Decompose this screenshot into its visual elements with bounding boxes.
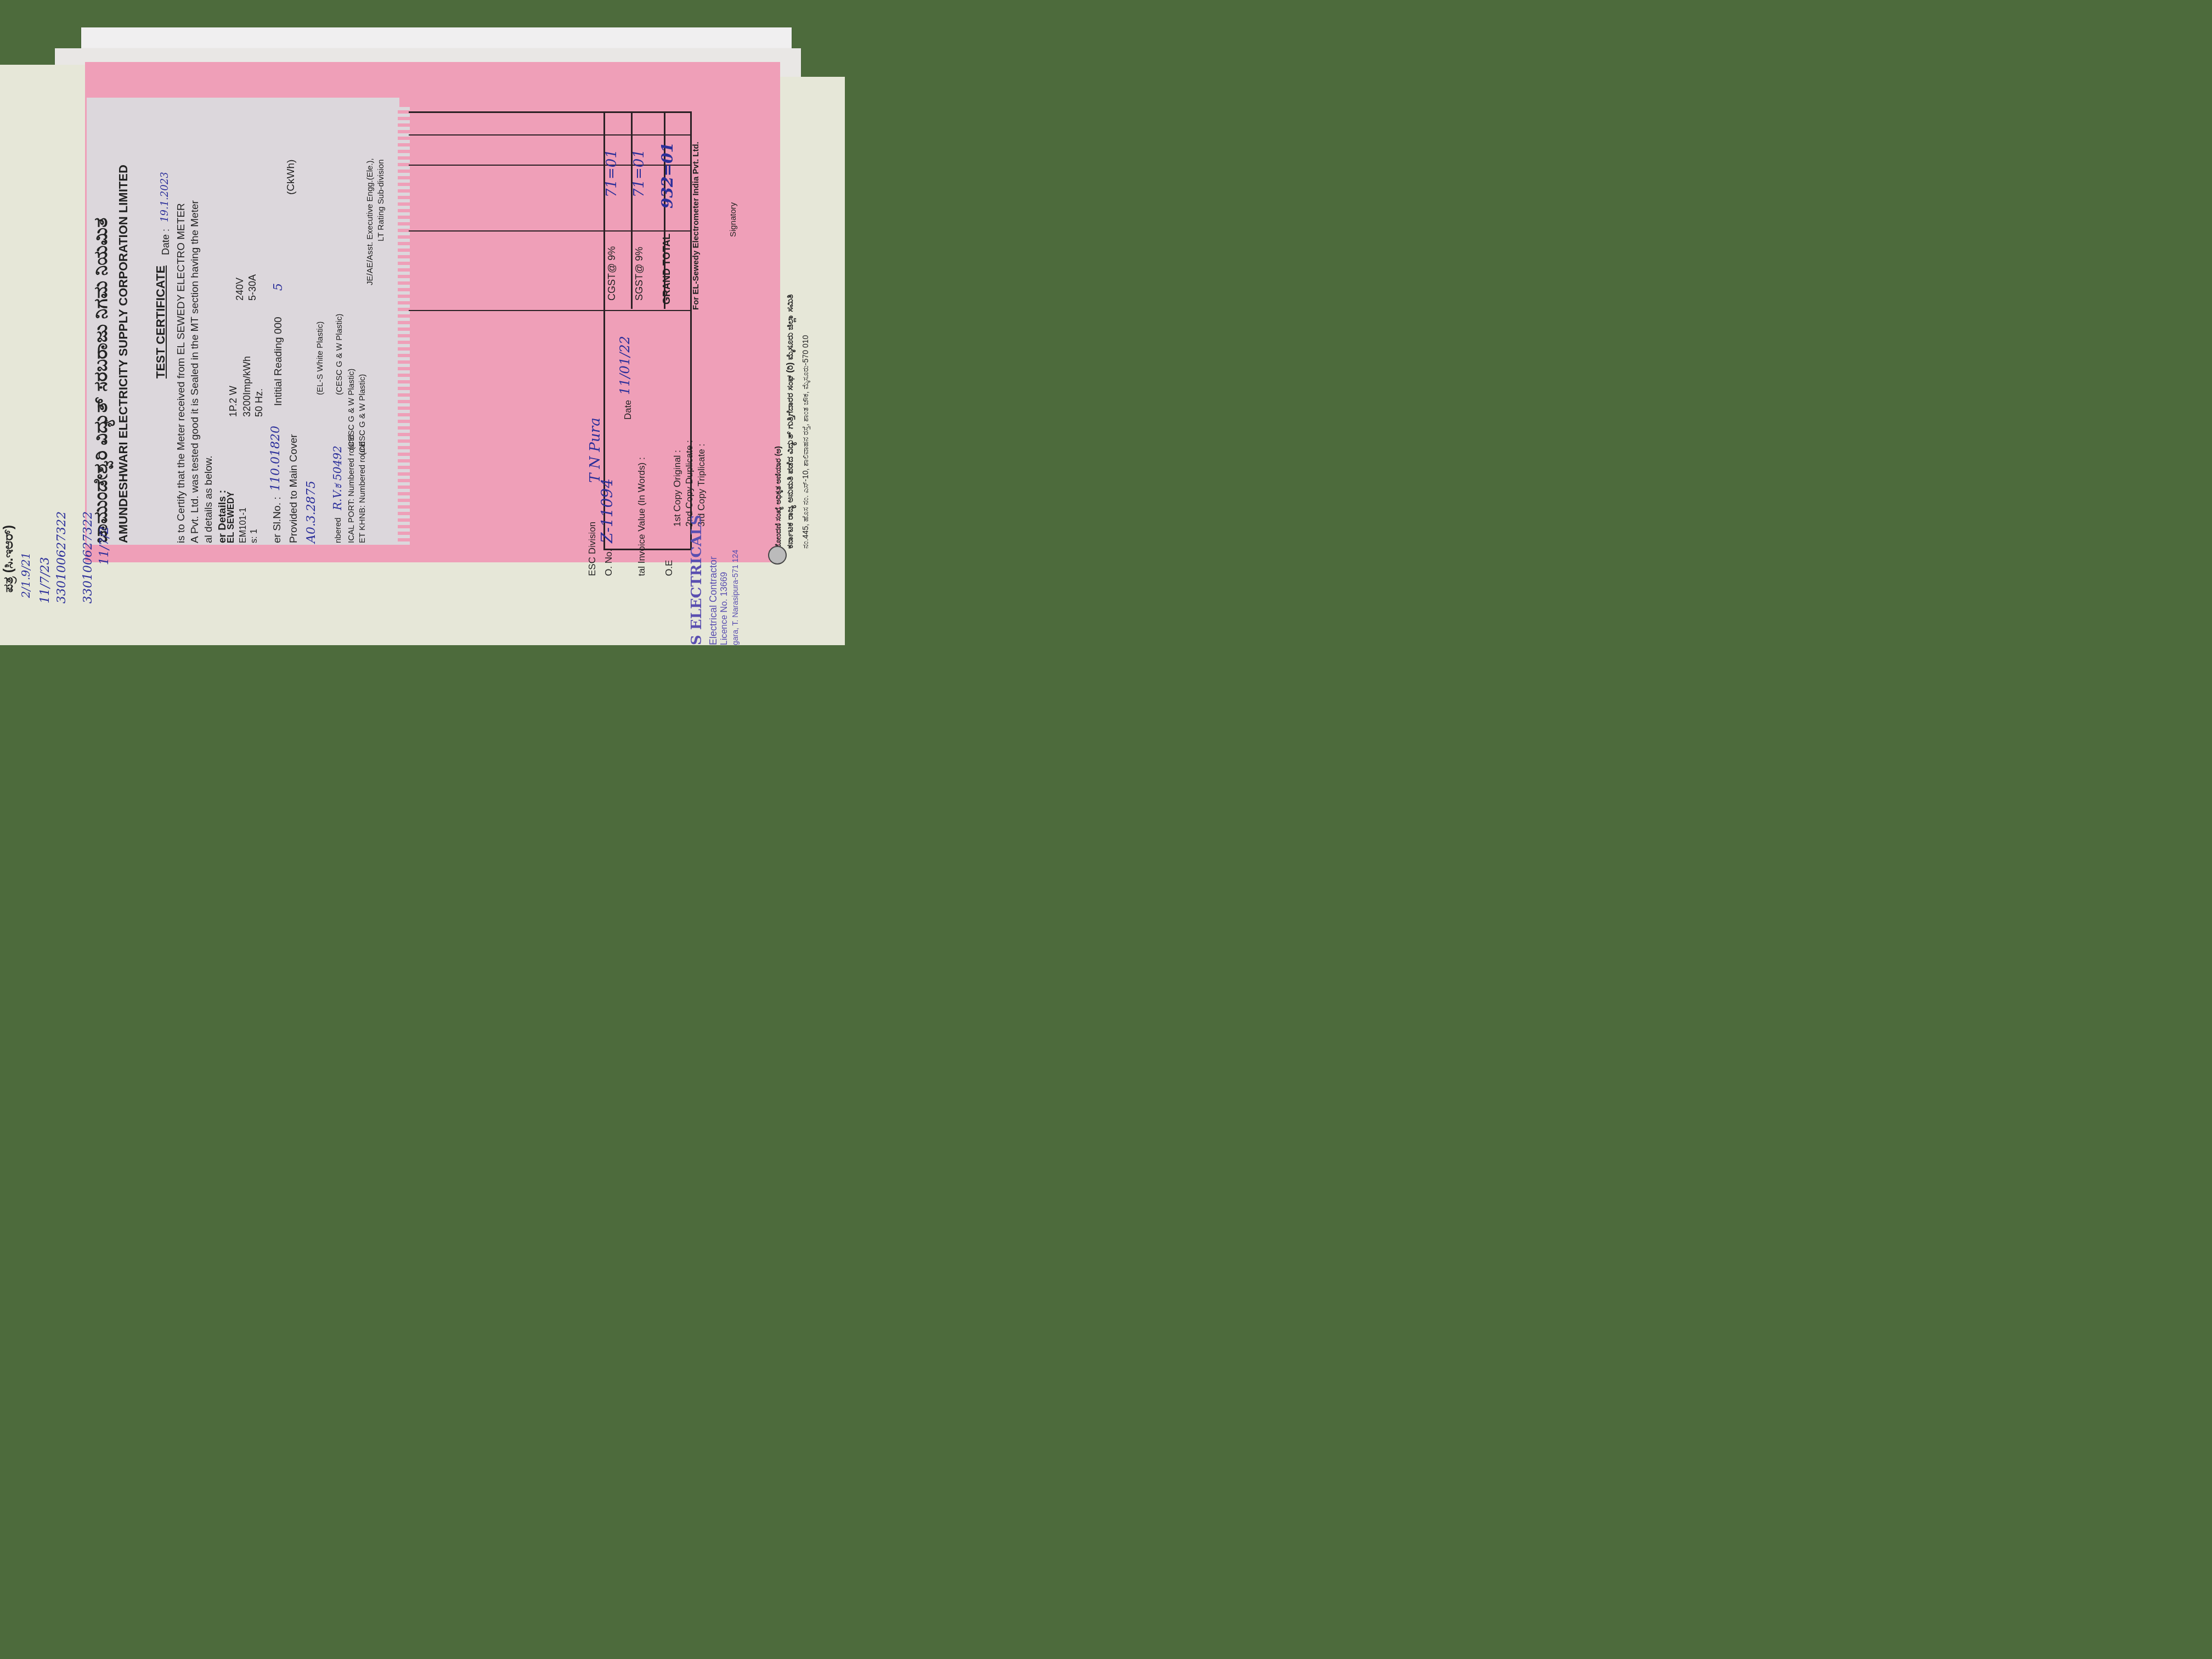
sgst-label: SGST@ 9% <box>634 247 645 301</box>
left-form-line-5: 11/7/2 <box>98 526 111 565</box>
left-form-heading: ಪತ್ರ (ಸಿ.ಇಆರ್) <box>1 525 16 592</box>
left-form-line-1: 2/1.9/21 <box>19 552 32 598</box>
initial-reading-unit: (CkWh) <box>285 160 297 195</box>
order-no-label: O. No. <box>603 549 614 576</box>
oe-label: O.E <box>664 560 675 576</box>
footer-registration: ನೋಂದಣಿ ಸಂಖ್ಯೆ ಅಧಿಕೃತ ಅಣಿಯಾರ (ಅ) <box>774 446 783 549</box>
sgst-value: 71=01 <box>631 149 647 198</box>
copy-triplicate: 3rd Copy Triplicate : <box>696 444 707 527</box>
meter-phase: 1P.2 W <box>228 386 239 417</box>
invoice-grid-row <box>409 134 691 136</box>
company-name: AMUNDESHWARI ELECTRICITY SUPPLY CORPORAT… <box>116 165 131 543</box>
invoice-grid-top <box>409 111 691 113</box>
seal-2-type: (CESC G & W Plastic) <box>335 314 344 395</box>
seal-4-label: ET KHNB: Numbered round <box>358 441 367 543</box>
left-form-line-4: 330100627322 <box>81 511 95 603</box>
cgst-label: CGST@ 9% <box>606 246 618 301</box>
order-no-value: Z-11094 <box>598 478 616 543</box>
left-form-line-3: 330100627322 <box>55 511 69 603</box>
seal-4-type: (CESC G & W Plastic) <box>358 374 367 455</box>
order-date-label: Date <box>623 400 634 420</box>
signatory-label: Signatory <box>729 202 738 237</box>
grand-total-value: 932=01 <box>658 142 676 208</box>
certify-line-3: al details as below. <box>203 456 215 544</box>
seal-2-value: R.V.ಕ 50492 <box>331 445 344 510</box>
invoice-grid-col <box>631 111 633 309</box>
seal-3-type: (CESC G & W Plastic) <box>347 369 356 450</box>
certify-line-1: is to Certify that the Meter received fr… <box>176 203 188 543</box>
meter-frequency: 50 Hz. <box>253 388 265 417</box>
kannada-heading: ಚಾಮುಂಡೇಶ್ವರಿ ವಿದ್ಯುತ್ ಸರಬರಾಜು ನಿಗಮ ನಿಯಮಿ… <box>91 218 112 543</box>
copy-original: 1st Copy Original : <box>672 450 683 527</box>
certificate-date-label: Date : <box>160 229 172 255</box>
invoice-grid-row <box>409 230 691 232</box>
footer-association: ಕರ್ನಾಟಕ ರಾಜ್ಯ ಅನುಮತಿ ಪಡೆದ ವಿದ್ಯುತ್ ಗುತ್ತ… <box>786 294 795 549</box>
cgst-value: 71=01 <box>603 149 620 198</box>
esc-division-label: ESC Division <box>587 522 598 576</box>
copy-duplicate: 2nd Copy Duplicate : <box>684 440 695 527</box>
signatory-title: JE/AE/Asst. Executive Engg.(Ele.), <box>365 158 375 285</box>
stamp-address: gara, T. Narasipura-571 124 <box>731 550 740 645</box>
seal-3-label: ICAL PORT: Numbered round <box>347 435 356 543</box>
footer-address: ನಂ.445, ಹೊಸ ನಂ. ಎಸ್-10, ಶಾಲಿವಾಹನ ರಸ್ತೆ, … <box>801 335 810 549</box>
certificate-date-value: 19.1.2023 <box>159 172 171 222</box>
meter-voltage: 240V <box>234 278 246 301</box>
perforated-edge <box>398 107 410 546</box>
meter-model: EM101-1 <box>239 507 249 543</box>
seal-1-value: A0.3.2875 <box>304 481 318 543</box>
invoice-grid-row <box>603 549 691 550</box>
left-form-line-2: 11/7/23 <box>38 557 52 603</box>
meter-constant: 3200Imp/kWh <box>241 356 253 417</box>
grand-total-label: GRAND TOTAL <box>661 234 673 304</box>
seal-1-type: (EL-S White Plastic) <box>315 321 325 395</box>
association-seal-icon <box>768 546 787 565</box>
signatory-subtitle: LT Rating Sub-division <box>376 159 386 241</box>
stamp-name: S ELECTRICALS <box>689 515 705 645</box>
main-cover-label: Provided to Main Cover <box>288 434 300 543</box>
order-date-value: 11/01/22 <box>617 336 633 395</box>
invoice-grid-row <box>409 310 691 311</box>
meter-make: EL SEWEDY <box>227 492 236 543</box>
invoice-grid-row <box>409 165 691 166</box>
serial-value: 110.01820 <box>269 426 283 491</box>
esc-division-value: T N Pura <box>587 417 603 483</box>
certificate-title: TEST CERTIFICATE <box>154 266 168 379</box>
initial-reading-label: Intitial Reading 000 <box>273 317 285 406</box>
for-company: For EL-Sewedy Electrometer India Pvt. Lt… <box>691 142 701 310</box>
stamp-licence: Licence No. 13669 <box>720 572 730 645</box>
meter-current: 5-30A <box>247 274 258 301</box>
invoice-words-label: tal Invoice Value (In Words) : <box>636 457 647 576</box>
serial-label: er Sl.No. : <box>272 497 284 543</box>
meter-class: s: 1 <box>250 529 259 543</box>
initial-reading-value: 5 <box>272 283 285 291</box>
seal-2-label: nbered <box>334 517 343 543</box>
certify-line-2: A Pvt. Ltd. was tested good it is Sealed… <box>189 200 201 543</box>
stamp-title: Electrical Contractor <box>708 556 719 645</box>
